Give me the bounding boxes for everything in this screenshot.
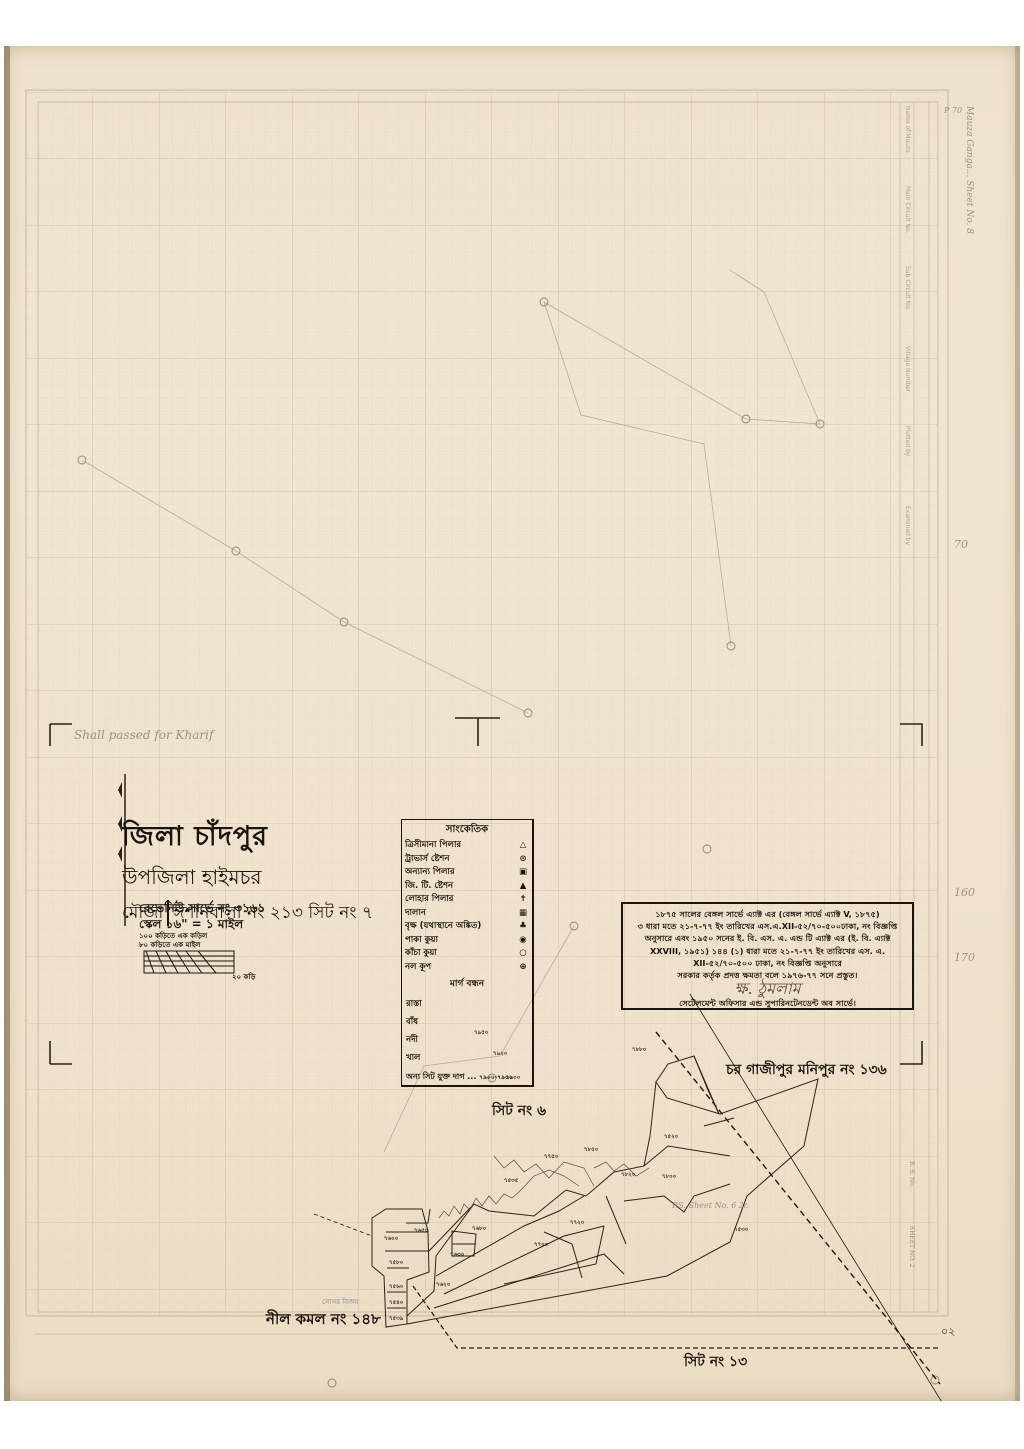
upazila-label: উপজিলা হাইমচর xyxy=(122,863,373,896)
legend-line-item: রাস্তা xyxy=(402,995,532,1013)
adjacent-mouza-west: নীল কমল নং ১৪৮ xyxy=(266,1308,381,1333)
map-sheet: জিলা চাঁদপুর উপজিলা হাইমচর মৌজাঈশানবালা … xyxy=(4,46,1020,1401)
legend-subtitle: মার্গ বন্ধন xyxy=(402,976,532,991)
adjacent-sheet-south: সিট নং ১৩ xyxy=(684,1350,747,1374)
plot-number: ৭৬২০ xyxy=(436,1282,450,1290)
margin-column-main-circuit: Main Circuit No. xyxy=(904,186,911,233)
plot-number: ৭৬৮০ xyxy=(472,1226,486,1234)
legend-item: ট্রাভার্স ষ্টেশন⊙ xyxy=(402,853,532,867)
legend-item: অন্যান্য পিলার▣ xyxy=(402,866,532,880)
scale-note-2: ৮০ কড়িতে এক মাইল xyxy=(139,941,265,950)
pucca-well-icon: ◉ xyxy=(518,934,528,948)
tube-well-icon: ⊕ xyxy=(518,961,528,975)
margin-column-examined-by: Examined by xyxy=(904,506,911,545)
legend-line-item: নদী xyxy=(402,1031,532,1049)
map-drawing xyxy=(4,46,1020,1401)
scale-note-1: ১০০ কড়িতে এক কড়িল xyxy=(139,932,265,941)
plot-number: ৭৬৫০ xyxy=(414,1228,428,1236)
margin-column-plotted-by: Plotted by xyxy=(904,426,911,456)
pencil-note: P.S. Sheet No. 6 2c xyxy=(672,1201,748,1210)
pencil-note: R. S. No. xyxy=(908,1161,915,1188)
plot-number: ৭৫৬০ xyxy=(389,1284,403,1292)
plot-number: ৭৫৩৫ xyxy=(504,1178,518,1186)
adjacent-mouza-east: চর গাজীপুর মনিপুর নং ১৩৬ xyxy=(726,1058,887,1082)
adjacent-sheet-north: সিট নং ৬ xyxy=(492,1099,546,1123)
plot-number: ৭৭২০ xyxy=(570,1220,584,1228)
plot-number: ৭৯০০ xyxy=(506,1075,520,1083)
margin-column-mouza: Name of Mouza xyxy=(904,106,911,153)
corner-mark: ০২ xyxy=(941,1323,955,1342)
margin-column-village-number: Village Number xyxy=(904,346,911,392)
plot-number: ৭৫২০ xyxy=(664,1134,678,1142)
signature: ক্ষ. ঠুমলাম xyxy=(628,981,907,997)
plot-number: ৭৯২০ xyxy=(493,1051,507,1059)
legend-item: নল কূপ⊕ xyxy=(402,961,532,975)
legend-item: দালান▦ xyxy=(402,907,532,921)
pencil-note: SHEET NO. 2 xyxy=(908,1226,915,1267)
margin-mark: P 70 xyxy=(944,106,962,115)
signatory-title: সেটেলমেন্ট অফিসার এন্ড সুপারিনটেনডেন্ট অ… xyxy=(628,997,907,1009)
plot-number: ৭৭৫০ xyxy=(544,1154,558,1162)
pencil-note: Mauza Ganga... Sheet No. 8 xyxy=(964,106,974,234)
plot-number: ৭৯৫০ xyxy=(474,1030,488,1038)
district-label: জিলা চাঁদপুর xyxy=(122,816,373,861)
tri-junction-pillar-icon: △ xyxy=(518,839,528,853)
plot-number: ৭৭০০ xyxy=(534,1242,548,1250)
legend-item: কাঁচা কুয়া○ xyxy=(402,947,532,961)
plot-number: ৭৫৮০ xyxy=(389,1260,403,1268)
legend-item: পাকা কুয়া◉ xyxy=(402,934,532,948)
plot-number: ৭৫৩০ xyxy=(734,1227,748,1235)
plot-number: ৭৬০০ xyxy=(384,1236,398,1244)
plot-number: ৭৮২০ xyxy=(621,1172,635,1180)
traverse-station-icon: ⊙ xyxy=(518,853,528,867)
map-legend: সাংকেতিক ত্রিসীমানা পিলার△ ট্রাভার্স ষ্ট… xyxy=(401,819,534,1087)
legend-line-item: খাল xyxy=(402,1049,532,1067)
scale-bar-end-label: ২০ কড়ি xyxy=(232,971,255,983)
legend-item: বৃক্ষ (যথাস্থানে অঙ্কিত)♣ xyxy=(402,920,532,934)
plot-number: ৭৫৩৯ xyxy=(389,1316,403,1324)
pencil-note: Shall passed for Kharif xyxy=(74,728,213,742)
plot-number: ৭৮৫০ xyxy=(584,1147,598,1155)
legal-notice: ১৮৭৫ সালের বেঙ্গল সার্ভে এ্যাক্ট এর (বেঙ… xyxy=(621,902,914,1010)
plot-number: ৭৬৩০ xyxy=(450,1252,464,1260)
gt-station-icon: ▲ xyxy=(518,880,528,894)
survey-info: রেভেনিউ সার্ভে নং ৩১৬১ স্কেল ১৬" = ১ মাই… xyxy=(139,900,265,950)
margin-column-sub-circuit: Sub Circuit No. xyxy=(904,266,911,311)
building-icon: ▦ xyxy=(518,907,528,921)
revenue-survey-number: রেভেনিউ সার্ভে নং ৩১৬১ xyxy=(139,900,265,916)
tree-icon: ♣ xyxy=(518,920,528,934)
grid-number: 170 xyxy=(954,951,975,964)
legend-item: লোহার পিলার✝ xyxy=(402,893,532,907)
grid-number: 160 xyxy=(954,886,975,899)
plot-number: ৭৫৪০ xyxy=(389,1300,403,1308)
plot-number: ৭৮৮০ xyxy=(632,1047,646,1055)
scale-label: স্কেল ১৬" = ১ মাইল xyxy=(139,916,265,932)
iron-pillar-icon: ✝ xyxy=(518,893,528,907)
legend-item: জি. টি. ষ্টেশন▲ xyxy=(402,880,532,894)
adjacent-west-note: সোসর বিজয় xyxy=(322,1296,358,1308)
legend-title: সাংকেতিক xyxy=(402,822,532,839)
legend-item: ত্রিসীমানা পিলার△ xyxy=(402,839,532,853)
plot-number: ৭৮০০ xyxy=(662,1174,676,1182)
grid-number: 70 xyxy=(954,538,968,551)
other-pillar-icon: ▣ xyxy=(518,866,528,880)
legend-line-item: বাঁধ xyxy=(402,1013,532,1031)
kutcha-well-icon: ○ xyxy=(518,947,528,961)
